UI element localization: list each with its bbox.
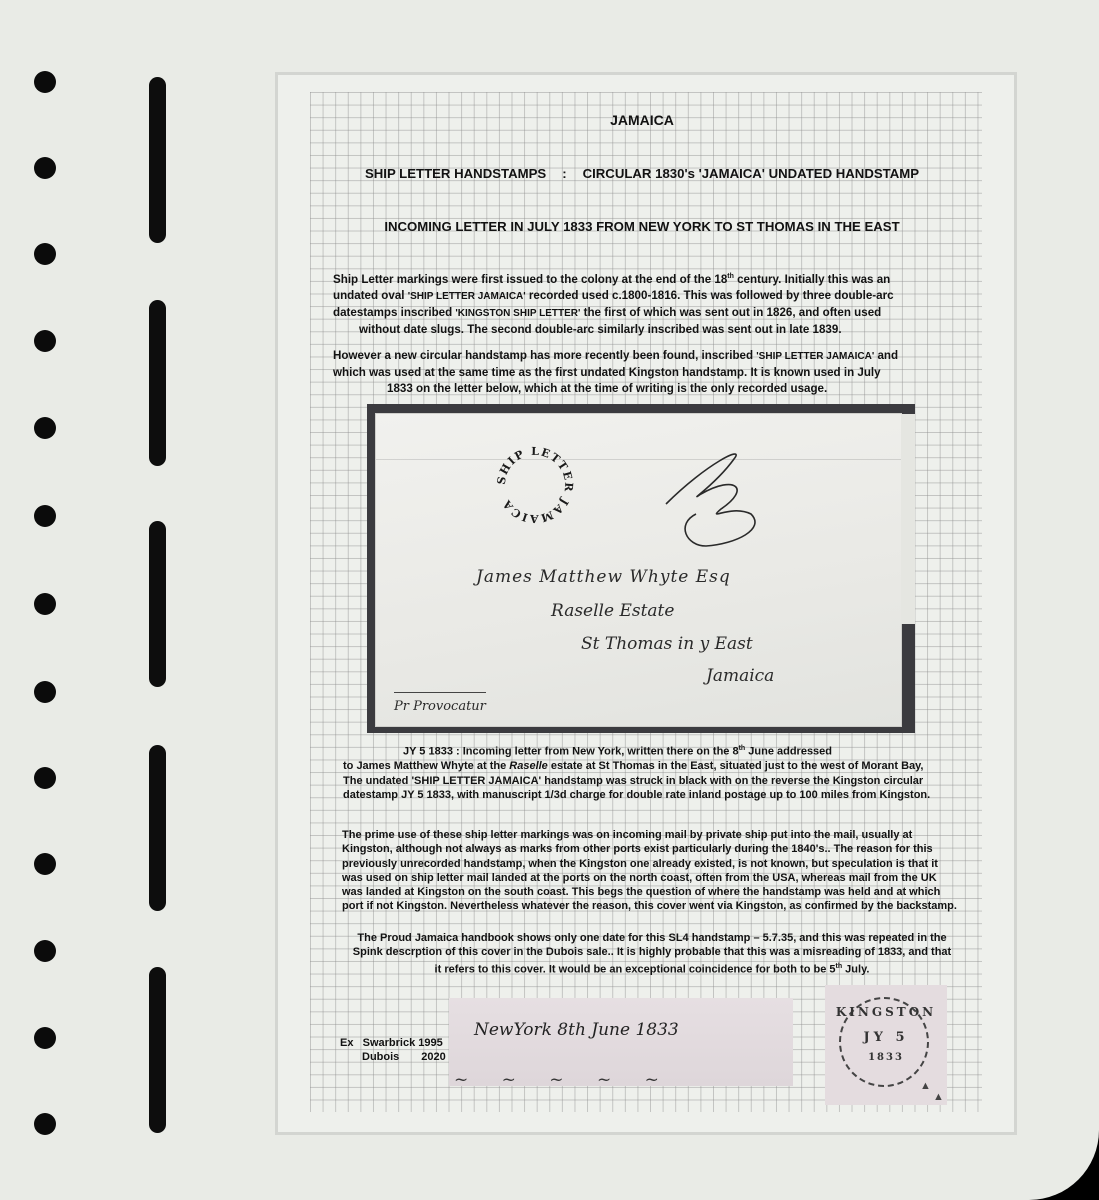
handbook-paragraph: The Proud Jamaica handbook shows only on…: [342, 931, 962, 977]
punch-hole: [34, 417, 56, 439]
text-run: estate at St Thomas in the East, situate…: [548, 760, 924, 772]
binder-slot: [149, 300, 166, 466]
text-line: was landed at Kingston on the south coas…: [342, 885, 962, 899]
binder-slot: [149, 745, 166, 911]
postal-cover: SHIP LETTER JAMAICA James Matthew Whyte …: [375, 413, 902, 727]
series-title-separator: :: [562, 166, 566, 181]
usage-paragraph: The prime use of these ship letter marki…: [342, 828, 962, 914]
ship-letter-handstamp: SHIP LETTER JAMAICA: [494, 444, 576, 526]
mount-corner-icon: ▲: [920, 1080, 931, 1092]
mount-corner-icon: ▲: [933, 1091, 944, 1103]
text-line: without date slugs. The second double-ar…: [333, 322, 958, 338]
text-run: June addressed: [745, 746, 832, 758]
punch-hole: [34, 243, 56, 265]
text-line: previously unrecorded handstamp, when th…: [342, 857, 962, 871]
text-line: was used on ship letter mail landed at t…: [342, 871, 962, 885]
endorsement: Pr Provocatur: [394, 692, 486, 714]
text-run: 'SHIP LETTER JAMAICA': [408, 291, 526, 302]
manuscript-charge-mark: [646, 434, 776, 564]
cover-caption: JY 5 1833 : Incoming letter from New Yor…: [343, 742, 958, 803]
text-run: 'SHIP LETTER JAMAICA': [756, 351, 874, 362]
country-title: JAMAICA: [330, 112, 954, 128]
punch-hole: [34, 505, 56, 527]
cover-fold: [376, 459, 901, 460]
punch-hole: [34, 681, 56, 703]
binder-slot: [149, 967, 166, 1133]
handstamp-text: SHIP LETTER JAMAICA: [495, 445, 576, 525]
text-line: 1833 on the letter below, which at the t…: [333, 381, 958, 397]
provenance-name: Dubois: [362, 1051, 399, 1063]
text-line: Spink descrption of this cover in the Du…: [342, 945, 962, 959]
binder-slot: [149, 521, 166, 687]
text-line: The prime use of these ship letter marki…: [342, 828, 962, 842]
backstamp-town: KINGSTON: [825, 1005, 947, 1019]
text-run: it refers to this cover. It would be an …: [435, 963, 836, 975]
text-line: The Proud Jamaica handbook shows only on…: [342, 931, 962, 945]
punch-hole: [34, 330, 56, 352]
punch-hole: [34, 1027, 56, 1049]
text-run: Ship Letter markings were first issued t…: [333, 273, 727, 286]
text-run: July.: [842, 963, 869, 975]
text-run: to James Matthew Whyte at the: [343, 760, 509, 772]
address-line: James Matthew Whyte Esq: [476, 567, 731, 587]
text-run: datestamps inscribed: [333, 306, 455, 319]
text-line: port if not Kingston. Nevertheless whate…: [342, 899, 962, 913]
text-run: 'KINGSTON SHIP LETTER': [455, 308, 580, 319]
series-title-right: CIRCULAR 1830's 'JAMAICA' UNDATED HANDST…: [583, 166, 919, 181]
backstamp-year: 1833: [825, 1052, 947, 1063]
provenance: Ex Swarbrick 1995 Dubois2020: [340, 1036, 446, 1064]
text-run: Raselle: [509, 760, 548, 772]
item-title: INCOMING LETTER IN JULY 1833 FROM NEW YO…: [330, 219, 954, 234]
punch-hole: [34, 940, 56, 962]
manuscript-fragment: ~ ~ ~ ~ ~: [454, 1070, 673, 1086]
text-run: JY 5 1833 : Incoming letter from New Yor…: [403, 746, 739, 758]
intro-paragraph: Ship Letter markings were first issued t…: [333, 269, 958, 338]
text-line: The undated 'SHIP LETTER JAMAICA' handst…: [343, 774, 958, 789]
provenance-prefix: Ex: [340, 1037, 353, 1049]
manuscript-heading: NewYork 8th June 1833: [474, 1020, 679, 1040]
address-line: Raselle Estate: [551, 601, 674, 621]
text-run: the first of which was sent out in 1826,…: [580, 306, 881, 319]
punch-hole: [34, 71, 56, 93]
cover-flap: [901, 414, 915, 624]
text-run: and: [874, 349, 898, 362]
text-line: Kingston, although not always as marks f…: [342, 842, 962, 856]
provenance-year: 1995: [418, 1037, 442, 1049]
text-run: century. Initially this was an: [734, 273, 890, 286]
text-run: However a new circular handstamp has mor…: [333, 349, 756, 362]
punch-hole: [34, 593, 56, 615]
punch-hole: [34, 767, 56, 789]
address-line: St Thomas in y East: [581, 634, 753, 654]
superscript: th: [727, 273, 734, 280]
series-title: SHIP LETTER HANDSTAMPS:CIRCULAR 1830's '…: [330, 166, 954, 181]
text-run: recorded used c.1800-1816. This was foll…: [526, 289, 894, 302]
text-line: which was used at the same time as the f…: [333, 365, 958, 381]
album-page: JAMAICA SHIP LETTER HANDSTAMPS:CIRCULAR …: [0, 0, 1099, 1200]
text-line: datestamp JY 5 1833, with manuscript 1/3…: [343, 788, 958, 803]
punch-hole: [34, 853, 56, 875]
provenance-year: 2020: [399, 1051, 445, 1063]
address-line: Jamaica: [706, 666, 774, 686]
binder-slot: [149, 77, 166, 243]
provenance-name: Swarbrick: [363, 1037, 416, 1049]
letter-heading-scrap: NewYork 8th June 1833 ~ ~ ~ ~ ~: [449, 998, 793, 1086]
svg-text:SHIP LETTER JAMAICA: SHIP LETTER JAMAICA: [495, 445, 576, 525]
punch-hole: [34, 157, 56, 179]
backstamp-scrap: KINGSTON JY 5 1833 ▲ ▲: [825, 985, 947, 1105]
backstamp-date: JY 5: [825, 1030, 947, 1045]
discovery-paragraph: However a new circular handstamp has mor…: [333, 348, 958, 397]
text-run: undated oval: [333, 289, 408, 302]
punch-hole: [34, 1113, 56, 1135]
series-title-left: SHIP LETTER HANDSTAMPS: [365, 166, 546, 181]
